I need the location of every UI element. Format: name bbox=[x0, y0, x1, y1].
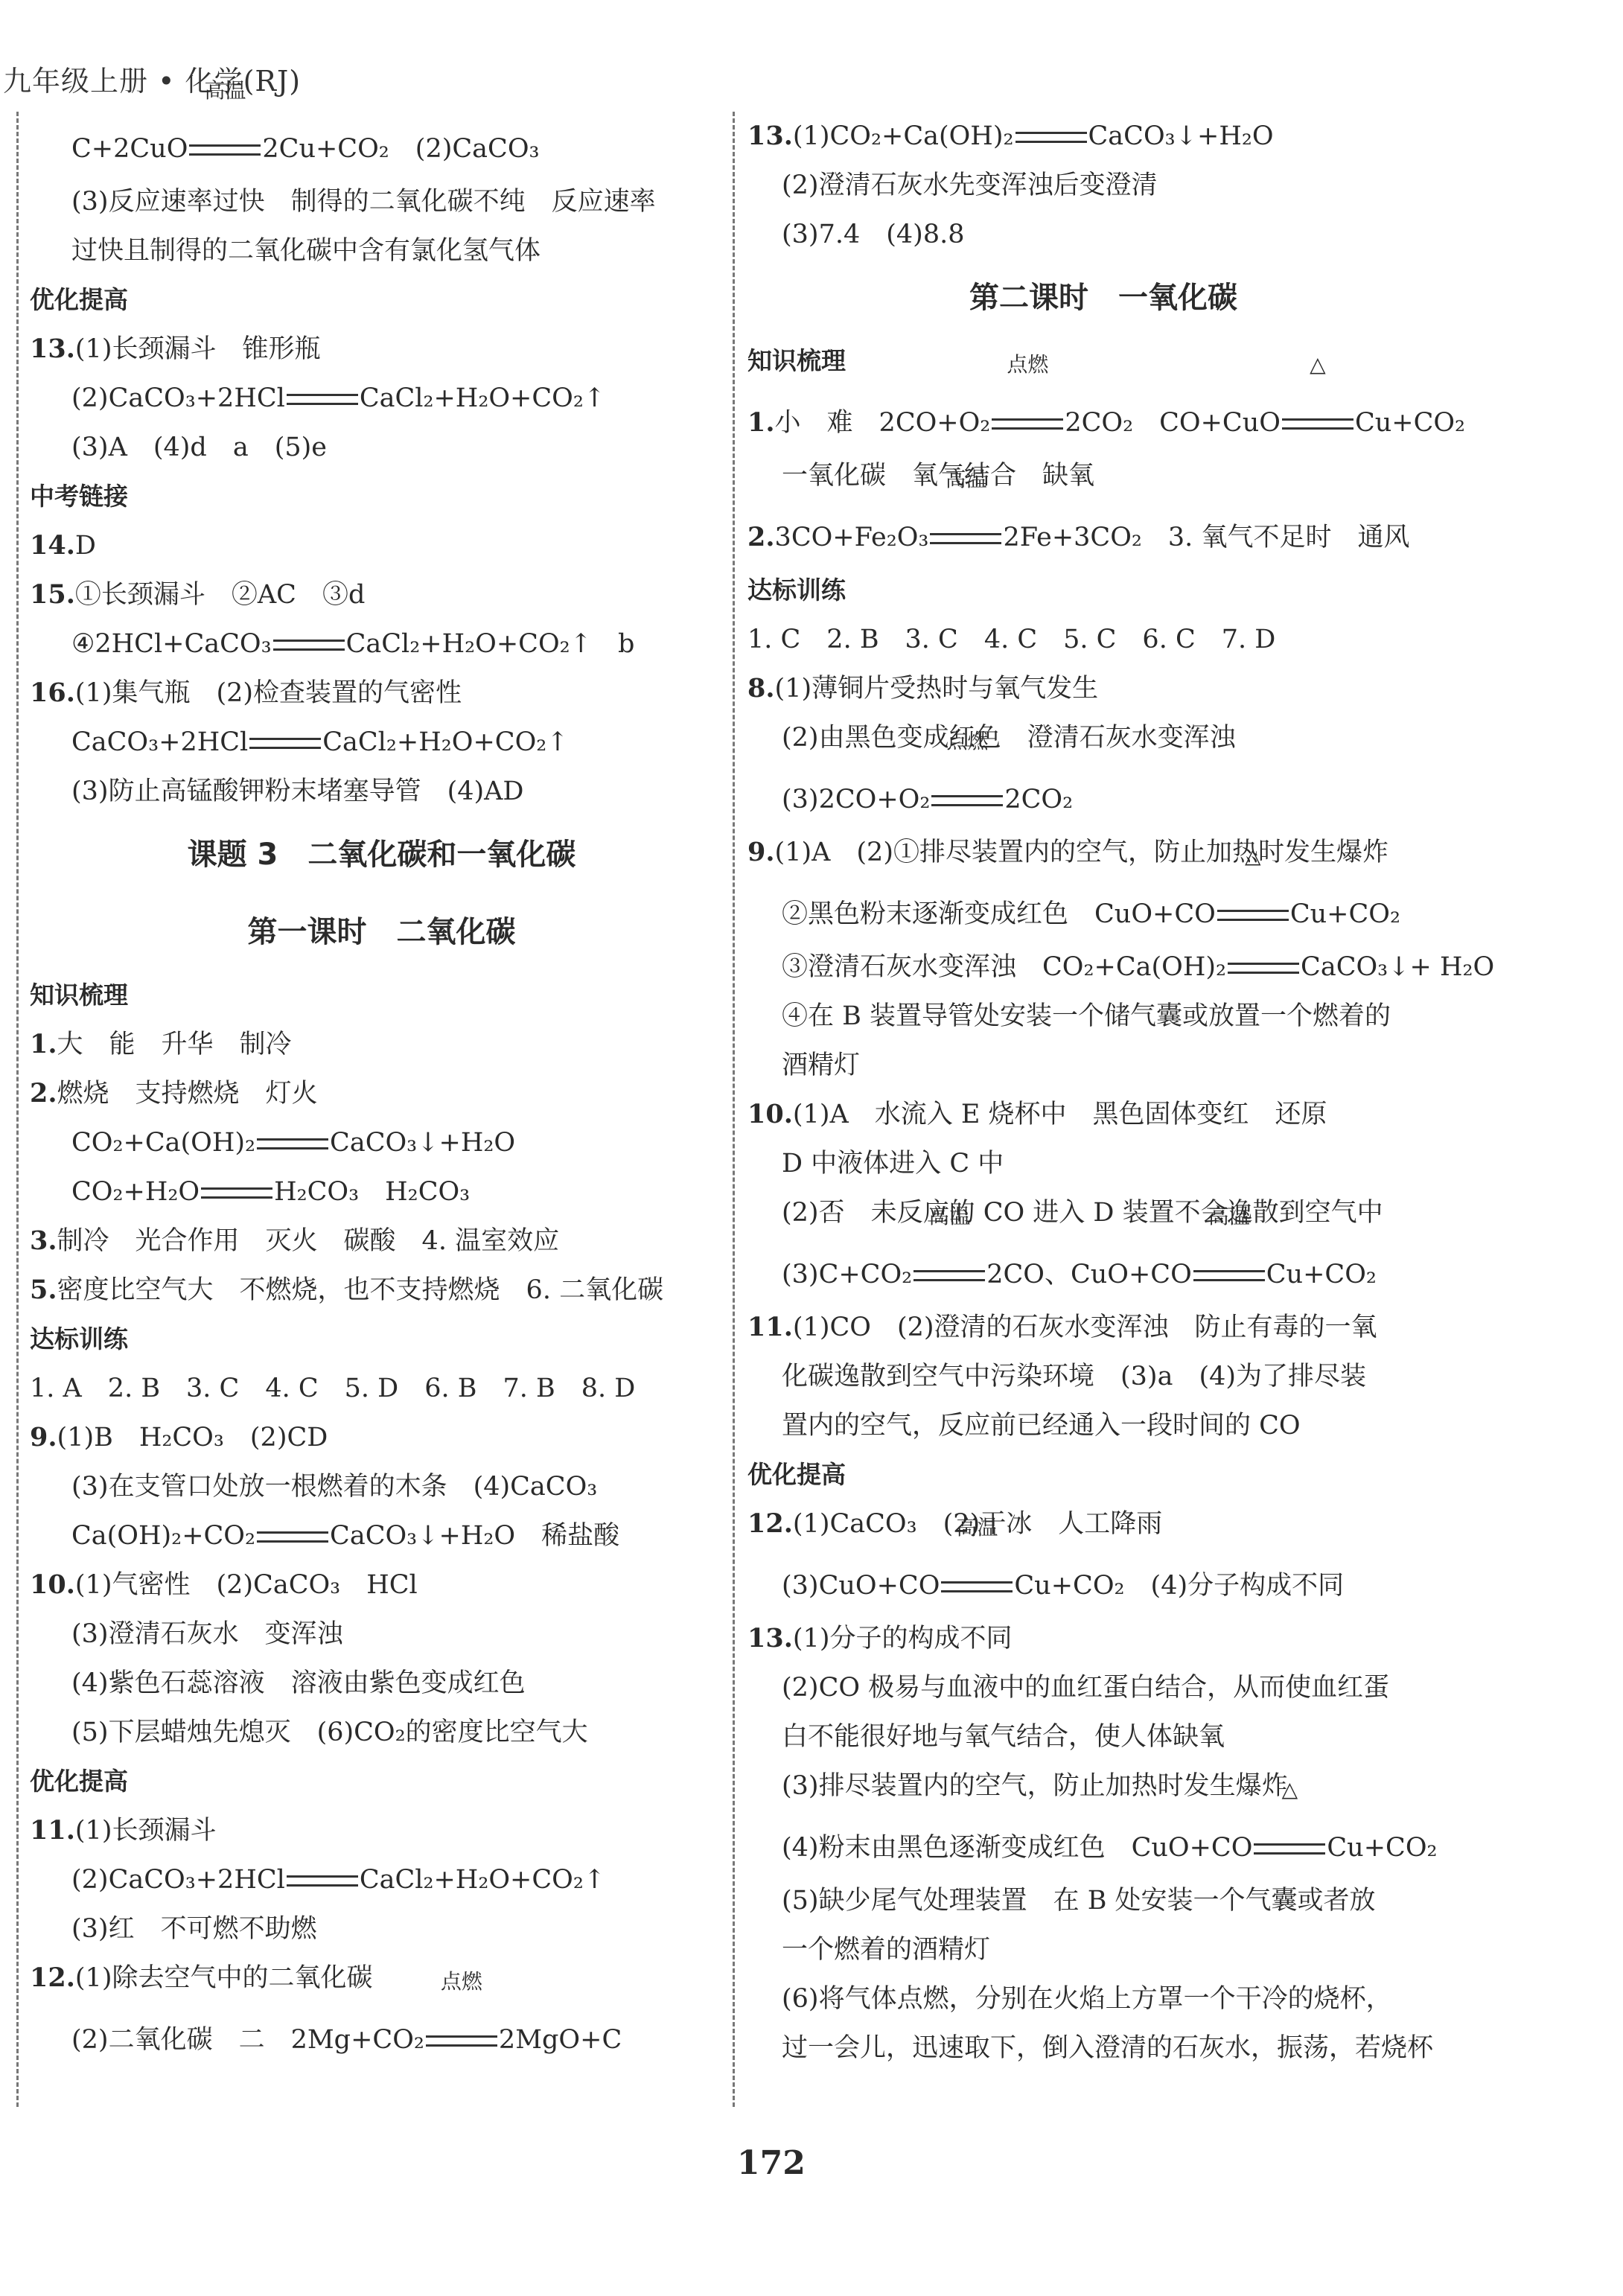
equation-products: Cu+CO₂ bbox=[1290, 899, 1400, 929]
answer-text: 一个燃着的酒精灯 bbox=[782, 1935, 990, 1965]
question-number: 5. bbox=[30, 1275, 57, 1305]
section-heading: 知识梳理 bbox=[0, 971, 733, 1020]
answer-text: ④在 B 装置导管处安装一个储气囊或放置一个燃着的 bbox=[782, 1001, 1391, 1031]
equation-products: CaCO₃↓+H₂O bbox=[330, 1128, 515, 1158]
answer-line: CaCO₃+2HClCaCl₂+H₂O+CO₂↑ bbox=[0, 718, 733, 767]
equation-reactants: CO₂+H₂O bbox=[71, 1177, 200, 1207]
answer-text: (3)排尽装置内的空气，防止加热时发生爆炸 bbox=[782, 1771, 1288, 1801]
answer-text: 置内的空气，反应前已经通入一段时间的 CO bbox=[782, 1411, 1301, 1441]
answer-text: (5)缺少尾气处理装置 在 B 处安装一个气囊或者放 bbox=[782, 1886, 1376, 1916]
answer-line: 15.①长颈漏斗 ②AC ③d bbox=[0, 570, 733, 619]
answer-line: 13.(1)分子的构成不同 bbox=[744, 1614, 1459, 1663]
equation-products: Cu+CO₂ bbox=[1355, 408, 1465, 438]
answer-text: D bbox=[75, 531, 96, 561]
equation-products: Cu+CO₂ (4)分子构成不同 bbox=[1014, 1571, 1344, 1601]
answer-text: (1)集气瓶 (2)检查装置的气密性 bbox=[75, 678, 462, 708]
answer-line: 化碳逸散到空气中污染环境 (3)a (4)为了排尽装 bbox=[744, 1352, 1459, 1401]
question-number: 9. bbox=[30, 1422, 57, 1452]
answer-line: CO₂+H₂OH₂CO₃ H₂CO₃ bbox=[0, 1167, 733, 1216]
double-line-icon bbox=[930, 533, 1001, 544]
question-number: 8. bbox=[747, 673, 775, 704]
answer-line: 9.(1)B H₂CO₃ (2)CD bbox=[0, 1413, 733, 1462]
equation-reactants: CO₂+Ca(OH)₂ bbox=[71, 1128, 255, 1158]
answer-line: 3.制冷 光合作用 灭火 碳酸 4. 温室效应 bbox=[0, 1216, 733, 1266]
question-number: 10. bbox=[30, 1569, 75, 1600]
double-line-icon bbox=[1217, 910, 1289, 921]
reaction-equals-sign: 点燃 bbox=[931, 762, 1003, 837]
answer-text: (2)澄清石灰水先变浑浊后变澄清 bbox=[782, 170, 1158, 200]
answer-line: (3)2CO+O₂点燃2CO₂ bbox=[744, 762, 1459, 828]
answer-line: (3)在支管口处放一根燃着的木条 (4)CaCO₃ bbox=[0, 1462, 733, 1511]
reaction-condition: 高温 bbox=[189, 79, 261, 103]
question-number: 9. bbox=[747, 837, 775, 867]
equation-reactants: (2)CaCO₃+2HCl bbox=[71, 1865, 285, 1895]
equation-middle: 2CO、CuO+CO bbox=[986, 1260, 1192, 1289]
section-heading: 达标训练 bbox=[0, 1315, 733, 1364]
answer-text: (2)否 未反应的 CO 进入 D 装置不会逸散到空气中 bbox=[782, 1198, 1383, 1228]
answer-line: 一氧化碳 氧气结合 缺氧 bbox=[744, 451, 1459, 500]
answer-text: (1)A 水流入 E 烧杯中 黑色固体变红 还原 bbox=[793, 1100, 1327, 1129]
question-number: 15. bbox=[30, 579, 75, 610]
reaction-equals-sign: 高温 bbox=[189, 112, 261, 186]
answer-text: (3)在支管口处放一根燃着的木条 (4)CaCO₃ bbox=[71, 1472, 597, 1502]
reaction-equals-sign: 点燃 bbox=[426, 2003, 497, 2077]
answer-text: 白不能很好地与氧气结合，使人体缺氧 bbox=[782, 1722, 1225, 1752]
reaction-equals-sign bbox=[201, 1167, 272, 1216]
question-number: 16. bbox=[30, 677, 75, 708]
answer-line: (3)CuO+CO高温Cu+CO₂ (4)分子构成不同 bbox=[744, 1549, 1459, 1614]
answer-line: 14.D bbox=[0, 521, 733, 570]
answer-text: (3)防止高锰酸钾粉末堵塞导管 (4)AD bbox=[71, 777, 524, 806]
question-number: 3. bbox=[30, 1225, 57, 1256]
double-line-icon bbox=[287, 394, 358, 405]
answer-line: 1. C 2. B 3. C 4. C 5. C 6. C 7. D bbox=[744, 615, 1459, 664]
equation-reactants: ③澄清石灰水变浑浊 CO₂+Ca(OH)₂ bbox=[782, 952, 1226, 982]
double-line-icon bbox=[1015, 132, 1087, 143]
answer-line: 13.(1)长颈漏斗 锥形瓶 bbox=[0, 325, 733, 374]
double-line-icon bbox=[273, 640, 345, 651]
equation-reactants: (3)2CO+O₂ bbox=[782, 785, 930, 814]
answer-line: 过快且制得的二氧化碳中含有氯化氢气体 bbox=[0, 226, 733, 275]
question-number: 1. bbox=[747, 407, 775, 438]
equation-products: CaCO₃↓+ H₂O bbox=[1301, 952, 1494, 982]
equation-reactants: (4)粉末由黑色逐渐变成红色 CuO+CO bbox=[782, 1833, 1252, 1863]
answer-line: 过一会儿，迅速取下，倒入澄清的石灰水，振荡，若烧杯 bbox=[744, 2024, 1459, 2073]
answer-line: (2)CaCO₃+2HClCaCl₂+H₂O+CO₂↑ bbox=[0, 374, 733, 423]
equation-reactants: Ca(OH)₂+CO₂ bbox=[71, 1521, 255, 1551]
section-heading: 优化提高 bbox=[744, 1450, 1459, 1499]
equation-products: 2CO₂ bbox=[1004, 785, 1073, 814]
question-number: 2. bbox=[747, 522, 775, 552]
answer-text: 化碳逸散到空气中污染环境 (3)a (4)为了排尽装 bbox=[782, 1362, 1366, 1391]
reaction-condition: 高温 bbox=[913, 1205, 985, 1228]
reaction-condition: 点燃 bbox=[426, 1970, 497, 1994]
equation-middle: 2CO₂ CO+CuO bbox=[1065, 408, 1281, 438]
equation-reactants: (2)CaCO₃+2HCl bbox=[71, 383, 285, 413]
reaction-equals-sign bbox=[273, 619, 345, 669]
answer-line: 9.(1)A (2)①排尽装置内的空气，防止加热时发生爆炸 bbox=[744, 828, 1459, 877]
answer-text: (1)CO (2)澄清的石灰水变浑浊 防止有毒的一氧 bbox=[793, 1313, 1377, 1342]
question-number: 11. bbox=[30, 1815, 75, 1846]
reaction-equals-sign bbox=[287, 374, 358, 423]
equation-products: Cu+CO₂ bbox=[1266, 1260, 1377, 1289]
equation-products: CaCl₂+H₂O+CO₂↑ b bbox=[346, 629, 635, 659]
answer-text: (3)反应速率过快 制得的二氧化碳不纯 反应速率 bbox=[71, 187, 656, 217]
answer-text: (2)CO 极易与血液中的血红蛋白结合，从而使血红蛋 bbox=[782, 1673, 1389, 1703]
section-heading: 优化提高 bbox=[0, 275, 733, 325]
question-number: 12. bbox=[30, 1962, 75, 1993]
reaction-equals-sign: 高温 bbox=[941, 1549, 1013, 1623]
answer-line: 2.3CO+Fe₂O₃高温2Fe+3CO₂ 3. 氧气不足时 通风 bbox=[744, 500, 1459, 566]
answer-text: 1. C 2. B 3. C 4. C 5. C 6. C 7. D bbox=[747, 625, 1275, 654]
answer-text: D 中液体进入 C 中 bbox=[782, 1149, 1004, 1179]
answer-text: 过一会儿，迅速取下，倒入澄清的石灰水，振荡，若烧杯 bbox=[782, 2033, 1433, 2063]
answer-line: 8.(1)薄铜片受热时与氧气发生 bbox=[744, 664, 1459, 713]
answer-line: 一个燃着的酒精灯 bbox=[744, 1925, 1459, 1974]
answer-text: (1)薄铜片受热时与氧气发生 bbox=[775, 674, 1099, 704]
reaction-equals-sign bbox=[1228, 943, 1299, 992]
section-heading: 优化提高 bbox=[0, 1757, 733, 1806]
answer-text: (1)A (2)①排尽装置内的空气，防止加热时发生爆炸 bbox=[775, 838, 1388, 867]
question-number: 10. bbox=[747, 1099, 793, 1129]
equation-reactants: 小 难 2CO+O₂ bbox=[775, 408, 991, 438]
double-line-icon bbox=[249, 738, 321, 749]
reaction-condition: 高温 bbox=[930, 468, 1001, 491]
equation-products: CaCO₃↓+H₂O 稀盐酸 bbox=[330, 1521, 619, 1551]
answer-line: 12.(1)除去空气中的二氧化碳 bbox=[0, 1954, 733, 2003]
answer-text: 酒精灯 bbox=[782, 1050, 860, 1080]
equation-reactants: C+2CuO bbox=[71, 134, 188, 164]
answer-text: 燃烧 支持燃烧 灯火 bbox=[57, 1079, 318, 1109]
section-heading: 达标训练 bbox=[744, 566, 1459, 615]
answer-line: 1. A 2. B 3. C 4. C 5. D 6. B 7. B 8. D bbox=[0, 1364, 733, 1413]
reaction-condition: 高温 bbox=[1193, 1205, 1265, 1228]
reaction-equals-sign: 高温 bbox=[1193, 1237, 1265, 1312]
answer-text: (3)澄清石灰水 变浑浊 bbox=[71, 1619, 343, 1649]
double-line-icon bbox=[257, 1531, 328, 1543]
equation-reactants: (1)CO₂+Ca(OH)₂ bbox=[793, 121, 1014, 151]
double-line-icon bbox=[1282, 418, 1353, 430]
equation-reactants: ②黑色粉末逐渐变成红色 CuO+CO bbox=[782, 899, 1216, 929]
answer-line: 11.(1)长颈漏斗 bbox=[0, 1806, 733, 1855]
answer-text: 大 能 升华 制冷 bbox=[57, 1030, 292, 1059]
reaction-equals-sign bbox=[249, 718, 321, 767]
double-line-icon bbox=[1193, 1270, 1265, 1281]
answer-line: (2)澄清石灰水先变浑浊后变澄清 bbox=[744, 161, 1459, 210]
answer-line: (3)A (4)d a (5)e bbox=[0, 423, 733, 472]
double-line-icon bbox=[1254, 1843, 1325, 1855]
reaction-condition: △ bbox=[1217, 844, 1289, 868]
answer-text: (5)下层蜡烛先熄灭 (6)CO₂的密度比空气大 bbox=[71, 1718, 588, 1747]
answer-line: (3)反应速率过快 制得的二氧化碳不纯 反应速率 bbox=[0, 177, 733, 226]
page-number: 172 bbox=[737, 2144, 806, 2182]
answer-line: (2)由黑色变成红色 澄清石灰水变浑浊 bbox=[744, 713, 1459, 762]
answer-line: ②黑色粉末逐渐变成红色 CuO+CO△Cu+CO₂ bbox=[744, 877, 1459, 943]
answer-text: (1)除去空气中的二氧化碳 bbox=[75, 1963, 373, 1993]
answer-text: (6)将气体点燃，分别在火焰上方罩一个干冷的烧杯， bbox=[782, 1984, 1392, 2014]
reaction-equals-sign: 高温 bbox=[930, 500, 1001, 575]
reaction-equals-sign bbox=[287, 1855, 358, 1904]
answer-line: (6)将气体点燃，分别在火焰上方罩一个干冷的烧杯， bbox=[744, 1974, 1459, 2024]
reaction-equals-sign: 点燃 bbox=[992, 386, 1063, 460]
equation-reactants: CaCO₃+2HCl bbox=[71, 727, 248, 757]
answer-line: (3)C+CO₂高温2CO、CuO+CO高温Cu+CO₂ bbox=[744, 1237, 1459, 1303]
answer-line: Ca(OH)₂+CO₂CaCO₃↓+H₂O 稀盐酸 bbox=[0, 1511, 733, 1560]
answer-line: (3)澄清石灰水 变浑浊 bbox=[0, 1610, 733, 1659]
double-line-icon bbox=[189, 144, 261, 156]
question-number: 2. bbox=[30, 1078, 57, 1109]
double-line-icon bbox=[426, 2035, 497, 2047]
question-number: 11. bbox=[747, 1312, 793, 1342]
equation-products: 2MgO+C bbox=[499, 2025, 622, 2055]
equation-reactants: (2)二氧化碳 二 2Mg+CO₂ bbox=[71, 2025, 424, 2055]
equation-products: CaCl₂+H₂O+CO₂↑ bbox=[360, 1865, 605, 1895]
answer-line: (4)粉末由黑色逐渐变成红色 CuO+CO△Cu+CO₂ bbox=[744, 1811, 1459, 1876]
answer-line: (5)下层蜡烛先熄灭 (6)CO₂的密度比空气大 bbox=[0, 1708, 733, 1757]
equation-reactants: (3)CuO+CO bbox=[782, 1571, 940, 1601]
reaction-condition: 点燃 bbox=[931, 730, 1003, 753]
reaction-equals-sign: △ bbox=[1282, 386, 1353, 460]
left-column: C+2CuO高温2Cu+CO₂ (2)CaCO₃(3)反应速率过快 制得的二氧化… bbox=[0, 112, 733, 2068]
answer-line: ③澄清石灰水变浑浊 CO₂+Ca(OH)₂CaCO₃↓+ H₂O bbox=[744, 943, 1459, 992]
equation-products: CaCl₂+H₂O+CO₂↑ bbox=[360, 383, 605, 413]
answer-line: (3)7.4 (4)8.8 bbox=[744, 210, 1459, 259]
equation-reactants: 3CO+Fe₂O₃ bbox=[775, 523, 929, 552]
question-number: 13. bbox=[747, 121, 793, 151]
answer-text: (1)分子的构成不同 bbox=[793, 1624, 1013, 1654]
equation-products: Cu+CO₂ bbox=[1327, 1833, 1437, 1863]
answer-line: 置内的空气，反应前已经通入一段时间的 CO bbox=[744, 1401, 1459, 1450]
answer-line: 5.密度比空气大 不燃烧，也不支持燃烧 6. 二氧化碳 bbox=[0, 1266, 733, 1315]
answer-line: C+2CuO高温2Cu+CO₂ (2)CaCO₃ bbox=[0, 112, 733, 177]
answer-text: (3)红 不可燃不助燃 bbox=[71, 1914, 317, 1944]
question-number: 13. bbox=[30, 334, 75, 364]
double-line-icon bbox=[1228, 963, 1299, 974]
answer-line: (3)排尽装置内的空气，防止加热时发生爆炸 bbox=[744, 1761, 1459, 1811]
question-number: 13. bbox=[747, 1623, 793, 1654]
answer-line: 11.(1)CO (2)澄清的石灰水变浑浊 防止有毒的一氧 bbox=[744, 1303, 1459, 1352]
question-number: 12. bbox=[747, 1508, 793, 1539]
answer-text: (3)7.4 (4)8.8 bbox=[782, 220, 964, 249]
equation-reactants: (3)C+CO₂ bbox=[782, 1260, 912, 1289]
answer-line: 2.燃烧 支持燃烧 灯火 bbox=[0, 1069, 733, 1118]
double-line-icon bbox=[201, 1187, 272, 1199]
answer-text: (3)A (4)d a (5)e bbox=[71, 433, 327, 462]
answer-line: (2)二氧化碳 二 2Mg+CO₂点燃2MgO+C bbox=[0, 2003, 733, 2068]
question-number: 1. bbox=[30, 1029, 57, 1059]
reaction-condition: 高温 bbox=[941, 1516, 1013, 1540]
answer-line: D 中液体进入 C 中 bbox=[744, 1139, 1459, 1188]
reaction-condition: △ bbox=[1282, 353, 1353, 377]
answer-line: (5)缺少尾气处理装置 在 B 处安装一个气囊或者放 bbox=[744, 1876, 1459, 1925]
answer-line: ④在 B 装置导管处安装一个储气囊或放置一个燃着的 bbox=[744, 992, 1459, 1041]
answer-text: 制冷 光合作用 灭火 碳酸 4. 温室效应 bbox=[57, 1226, 560, 1256]
equation-products: CaCO₃↓+H₂O bbox=[1088, 121, 1274, 151]
reaction-equals-sign: △ bbox=[1254, 1811, 1325, 1885]
lesson-title: 第一课时 二氧化碳 bbox=[0, 893, 733, 971]
answer-line: 16.(1)集气瓶 (2)检查装置的气密性 bbox=[0, 669, 733, 718]
reaction-equals-sign bbox=[257, 1118, 328, 1167]
right-column: 13.(1)CO₂+Ca(OH)₂CaCO₃↓+H₂O(2)澄清石灰水先变浑浊后… bbox=[744, 112, 1459, 2073]
answer-line: 13.(1)CO₂+Ca(OH)₂CaCO₃↓+H₂O bbox=[744, 112, 1459, 161]
answer-text: (4)紫色石蕊溶液 溶液由紫色变成红色 bbox=[71, 1668, 526, 1698]
answer-text: 密度比空气大 不燃烧，也不支持燃烧 6. 二氧化碳 bbox=[57, 1275, 664, 1305]
reaction-condition: △ bbox=[1254, 1778, 1325, 1802]
reaction-equals-sign bbox=[257, 1511, 328, 1560]
reaction-equals-sign: 高温 bbox=[913, 1237, 985, 1312]
double-line-icon bbox=[992, 418, 1063, 430]
equation-products: 2Fe+3CO₂ 3. 氧气不足时 通风 bbox=[1003, 523, 1409, 552]
answer-line: 白不能很好地与氧气结合，使人体缺氧 bbox=[744, 1712, 1459, 1761]
answer-text: (1)长颈漏斗 锥形瓶 bbox=[75, 334, 321, 364]
answer-text: ①长颈漏斗 ②AC ③d bbox=[75, 580, 365, 610]
answer-line: 10.(1)气密性 (2)CaCO₃ HCl bbox=[0, 1560, 733, 1610]
answer-line: (3)防止高锰酸钾粉末堵塞导管 (4)AD bbox=[0, 767, 733, 816]
answer-line: CO₂+Ca(OH)₂CaCO₃↓+H₂O bbox=[0, 1118, 733, 1167]
equation-products: CaCl₂+H₂O+CO₂↑ bbox=[322, 727, 568, 757]
answer-line: (2)CO 极易与血液中的血红蛋白结合，从而使血红蛋 bbox=[744, 1663, 1459, 1712]
reaction-equals-sign: △ bbox=[1217, 877, 1289, 951]
lesson-title: 第二课时 一氧化碳 bbox=[744, 259, 1459, 337]
answer-text: 过快且制得的二氧化碳中含有氯化氢气体 bbox=[71, 236, 541, 266]
equation-products: 2Cu+CO₂ (2)CaCO₃ bbox=[262, 134, 539, 164]
reaction-condition: 点燃 bbox=[992, 353, 1063, 377]
answer-line: (3)红 不可燃不助燃 bbox=[0, 1904, 733, 1954]
answer-text: (2)由黑色变成红色 澄清石灰水变浑浊 bbox=[782, 723, 1236, 753]
equation-products: H₂CO₃ H₂CO₃ bbox=[274, 1177, 470, 1207]
double-line-icon bbox=[287, 1875, 358, 1887]
double-line-icon bbox=[257, 1138, 328, 1149]
question-number: 14. bbox=[30, 530, 75, 561]
answer-text: 1. A 2. B 3. C 4. C 5. D 6. B 7. B 8. D bbox=[30, 1374, 635, 1403]
answer-line: ④2HCl+CaCO₃CaCl₂+H₂O+CO₂↑ b bbox=[0, 619, 733, 669]
answer-text: (1)B H₂CO₃ (2)CD bbox=[57, 1423, 328, 1452]
double-line-icon bbox=[941, 1581, 1013, 1592]
answer-text: (1)长颈漏斗 bbox=[75, 1816, 217, 1846]
reaction-equals-sign bbox=[1015, 112, 1087, 161]
lesson-title: 课题 3 二氧化碳和一氧化碳 bbox=[0, 816, 733, 893]
double-line-icon bbox=[913, 1270, 985, 1281]
section-heading: 中考链接 bbox=[0, 472, 733, 521]
answer-line: (4)紫色石蕊溶液 溶液由紫色变成红色 bbox=[0, 1659, 733, 1708]
answer-line: 10.(1)A 水流入 E 烧杯中 黑色固体变红 还原 bbox=[744, 1090, 1459, 1139]
answer-line: (2)否 未反应的 CO 进入 D 装置不会逸散到空气中 bbox=[744, 1188, 1459, 1237]
double-line-icon bbox=[931, 795, 1003, 806]
answer-line: (2)CaCO₃+2HClCaCl₂+H₂O+CO₂↑ bbox=[0, 1855, 733, 1904]
answer-line: 1.大 能 升华 制冷 bbox=[0, 1020, 733, 1069]
answer-line: 12.(1)CaCO₃ (2)干冰 人工降雨 bbox=[744, 1499, 1459, 1549]
answer-line: 酒精灯 bbox=[744, 1041, 1459, 1090]
equation-reactants: ④2HCl+CaCO₃ bbox=[71, 629, 272, 659]
answer-text: (1)气密性 (2)CaCO₃ HCl bbox=[75, 1570, 418, 1600]
answer-line: 1.小 难 2CO+O₂点燃2CO₂ CO+CuO△Cu+CO₂ bbox=[744, 386, 1459, 451]
